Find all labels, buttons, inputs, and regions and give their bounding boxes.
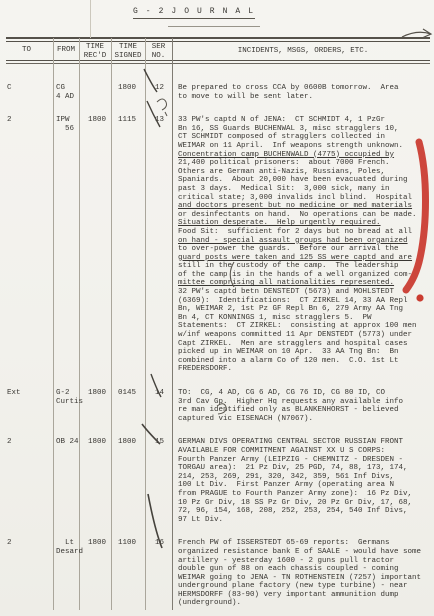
message-line: critical state; 3,000 invalids incl blin… [178,194,434,203]
entry-time-signed-line: 1115 [118,116,145,125]
header-bottom-rule [6,60,430,61]
message-line: Spaniards. About 20,000 have been evacua… [178,176,434,185]
message-line: to move to will be sent later. [178,93,434,102]
entry-from: G-2Curtis [53,389,79,406]
message-line: w/inf weapons committed 11 Apr DENSTEDT … [178,331,434,340]
message-line: French PW of ISSERSTEDT 65-69 reports: G… [178,539,434,548]
message-line: FREDERSDORF. [178,365,434,374]
message-line: Concentration camp BUCHENWALD (4775) occ… [178,151,434,160]
message-line: guard posts were taken and 125 SS were c… [178,254,434,263]
entry-time-signed: 1800 [111,438,145,447]
entry-to: 2 [0,539,53,548]
message-line: 97 Lt Div. [178,516,434,525]
entry-from-line: G-2 [56,389,79,398]
message-line: WEIMAR on 11 April. Inf weapons strength… [178,142,434,151]
entry-message: French PW of ISSERSTEDT 65-69 reports: G… [172,539,434,608]
message-line: 21,400 political prisoners: about 7000 F… [178,159,434,168]
message-line: Statements: CT ZIRKEL: consisting at app… [178,322,434,331]
message-line: Be prepared to cross CCA by 0600B tomorr… [178,84,434,93]
entry-from-line: IPW [56,116,79,125]
message-line: Food Sit: sufficient for 2 days but no b… [178,228,434,237]
message-line: Bn, WEIMAR 2, 1st Pz GF Repl Bn 6, 279 A… [178,305,434,314]
entry-time-received-line: 1800 [88,438,111,447]
entry-time-received-line: 1800 [88,389,111,398]
message-line: or desinfectants on hand. No operations … [178,211,434,220]
journal-entry: CCG4 AD180012Be prepared to cross CCA by… [0,84,434,101]
message-line: 72, 96, 154, 168, 208, 252, 253, 254, 54… [178,507,434,516]
message-line: on hand - special assault groups had bee… [178,237,434,246]
entry-time-received: 1800 [79,438,111,447]
entry-time-received: 1800 [79,539,111,548]
message-line: 33 PW's captd N of JENA: CT SCHMIDT 4, 1… [178,116,434,125]
entry-serial-number: 12 [145,84,172,93]
entry-message: Be prepared to cross CCA by 0600B tomorr… [172,84,434,101]
entry-message: GERMAN DIVS OPERATING CENTRAL SECTOR RUS… [172,438,434,524]
message-line: of the camp is in the hands of a well or… [178,271,434,280]
entry-serial-number-line: 16 [155,539,172,548]
message-line: mittee comprising all nationalities repr… [178,279,434,288]
header-time-signed: TIMESIGNED [111,43,145,60]
message-line: CT SCHMIDT composed of stragglers collec… [178,133,434,142]
entry-time-signed-line: 1800 [118,438,145,447]
message-line: still in the custody of the camp. The le… [178,262,434,271]
message-line: (underground). [178,599,434,608]
message-line: Bn 16, SS Guards BUCHENWAL 3, misc strag… [178,125,434,134]
message-line: 214, 253, 269, 291, 320, 342, 359, 561 I… [178,473,434,482]
entry-from-line: OB 24 [56,438,79,447]
journal-entry: 2 LtDesard1800110016French PW of ISSERST… [0,539,434,608]
message-line: picked up in WEIMAR on 10 Apr. 33 AA Tng… [178,348,434,357]
message-line: Situation desperate. Help urgently requi… [178,219,434,228]
message-line: to over-power the guards. Before our arr… [178,245,434,254]
message-line: double gun of 88 on each chassis coupled… [178,565,434,574]
entry-time-signed: 0145 [111,389,145,398]
header-time-recd: TIMEREC'D [79,43,111,60]
header-bottom-rule-2 [6,63,430,64]
message-line: WEIMAR going to JENA - TN ROTHENSTEIN (7… [178,574,434,583]
header-serial-no: SERNO. [145,43,172,60]
entry-time-received-line: 1800 [88,539,111,548]
message-line: Fourth Panzer Army (LEIPZIG - CHEMNITZ -… [178,456,434,465]
message-line: Bn 4, CT KONNINGS 1, misc stragglers 5. … [178,314,434,323]
entry-serial-number-line: 14 [155,389,172,398]
entry-time-signed-line: 1100 [118,539,145,548]
message-line: Others are German anti-Nazis, Russians, … [178,168,434,177]
entry-from: IPW 56 [53,116,79,133]
entry-to-line: 2 [7,116,53,125]
entry-to-line: 2 [7,438,53,447]
message-line: 10 Pz Gr Div, 18 SS Pz Gr Div, 20 Pz Gr … [178,499,434,508]
message-line: captured vic EISENACH (N7067). [178,415,434,424]
entry-time-received: 1800 [79,389,111,398]
message-line: (6369): Identifications: CT ZIRKEL 14, 3… [178,297,434,306]
entry-time-signed-line: 1800 [118,84,145,93]
message-line: 3rd Cav Gp. Higher Hq requests any avail… [178,398,434,407]
entry-to: Ext [0,389,53,398]
message-line: Capt ZIRKEL. Men are stragglers and hosp… [178,340,434,349]
entry-time-received: 1800 [79,116,111,125]
entry-from: CG4 AD [53,84,79,101]
message-line: organized resistance bank E of SAALE - w… [178,548,434,557]
entry-from-line: Lt [56,539,79,548]
message-line: underground plane factory (new type turb… [178,582,434,591]
entry-serial-number: 16 [145,539,172,548]
entry-to-line: Ext [7,389,53,398]
journal-entry: 2OB 241800180015GERMAN DIVS OPERATING CE… [0,438,434,524]
header-to: TO [0,46,53,55]
message-line: AVAILABLE FOR COMMITMENT AGAINST XX U S … [178,447,434,456]
journal-rows: CCG4 AD180012Be prepared to cross CCA by… [0,84,434,616]
entry-time-signed: 1100 [111,539,145,548]
entry-from-line: 56 [56,125,79,134]
message-line: from PRAGUE to Fourth Panzer Army zone):… [178,490,434,499]
entry-message: 33 PW's captd N of JENA: CT SCHMIDT 4, 1… [172,116,434,374]
entry-from-line: Desard [56,548,79,557]
journal-entry: ExtG-2Curtis1800014514TO: CG, 4 AD, CG 6… [0,389,434,423]
message-line: artillery - yesterday 1600 - 2 guns pull… [178,557,434,566]
entry-to-line: C [7,84,53,93]
message-line: re man identified only as BLANKENHORST -… [178,406,434,415]
message-line: 100 Lt Div. First Panzer Army (operating… [178,481,434,490]
table-top-rule [6,37,430,39]
page-title: G - 2 J O U R N A L [133,7,255,19]
entry-from: OB 24 [53,438,79,447]
message-line: and doctors present but no medicine or m… [178,202,434,211]
entry-time-received-line: 1800 [88,116,111,125]
message-line: combined into a alarm Co of 120 men. C.O… [178,357,434,366]
journal-entry: 2IPW 56180011151333 PW's captd N of JENA… [0,116,434,374]
message-line: HERMSDORFF (83-90) very important ammuni… [178,591,434,600]
message-line: GERMAN DIVS OPERATING CENTRAL SECTOR RUS… [178,438,434,447]
entry-serial-number-line: 15 [155,438,172,447]
entry-to-line: 2 [7,539,53,548]
message-line: 32 PW's captd betn DENSTEDT (5673) and M… [178,288,434,297]
entry-from-line: 4 AD [56,93,79,102]
header-from: FROM [53,46,79,55]
title-underline-rule [168,26,260,27]
entry-serial-number: 15 [145,438,172,447]
entry-message: TO: CG, 4 AD, CG 6 AD, CG 76 ID, CG 80 I… [172,389,434,423]
paper-crease-line [90,0,91,38]
entry-time-signed: 1115 [111,116,145,125]
message-line: past 3 days. Medical Sit: 3,000 sick, ma… [178,185,434,194]
table-top-rule-2 [6,41,430,42]
entry-serial-number-line: 13 [155,116,172,125]
entry-from-line: Curtis [56,398,79,407]
entry-to: 2 [0,116,53,125]
entry-to: 2 [0,438,53,447]
g2-journal-page: G - 2 J O U R N A L TO FROM TIMEREC'D TI… [0,0,434,616]
entry-to: C [0,84,53,93]
entry-time-signed: 1800 [111,84,145,93]
entry-serial-number: 14 [145,389,172,398]
message-line: TO: CG, 4 AD, CG 6 AD, CG 76 ID, CG 80 I… [178,389,434,398]
entry-serial-number-line: 12 [155,84,172,93]
entry-from-line: CG [56,84,79,93]
header-incidents: INCIDENTS, MSGS, ORDERS, ETC. [172,47,434,56]
entry-from: LtDesard [53,539,79,556]
message-line: TORGAU area): 21 Pz Div, 25 PGD, 74, 88,… [178,464,434,473]
entry-time-signed-line: 0145 [118,389,145,398]
entry-serial-number: 13 [145,116,172,125]
